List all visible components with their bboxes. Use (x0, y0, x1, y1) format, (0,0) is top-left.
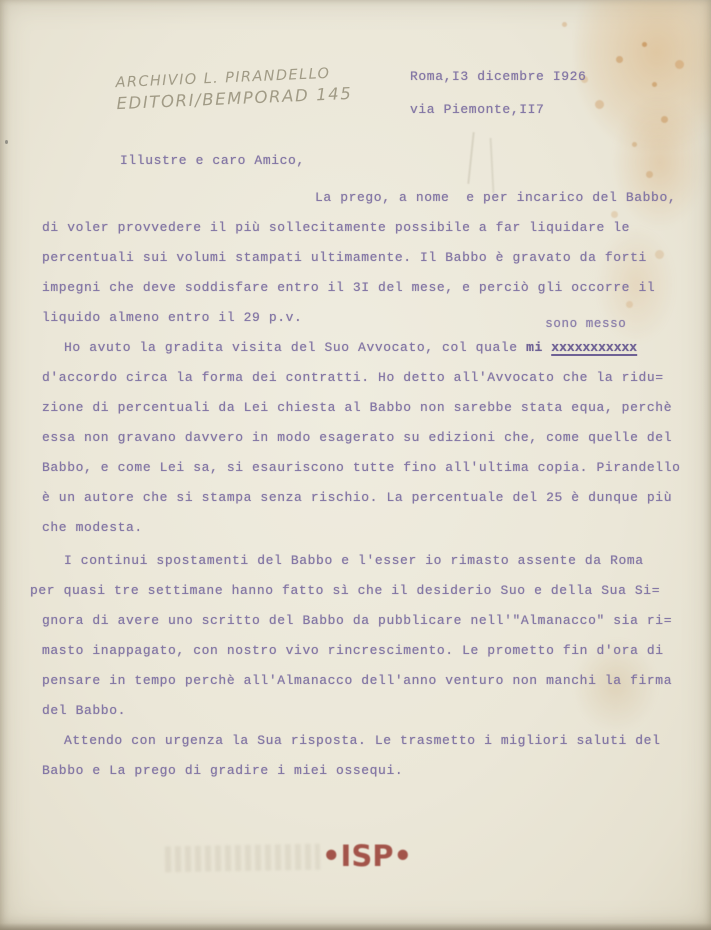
letter-line: I continui spostamenti del Babbo e l'ess… (42, 546, 710, 576)
letter-line: impegni che deve soddisfare entro il 3I … (42, 273, 710, 303)
salutation: Illustre e caro Amico, (42, 146, 710, 176)
letter-text: mi (526, 340, 551, 355)
pencil-annotation: ARCHIVIO L. PIRANDELLO EDITORI/BEMPORAD … (115, 65, 353, 113)
embossed-mark (165, 844, 320, 873)
address-line: via Piemonte,II7 (410, 93, 586, 126)
letter-paragraph: Attendo con urgenza la Sua risposta. Le … (42, 726, 710, 786)
letter-line: percentuali sui volumi stampati ultimame… (42, 243, 710, 273)
strikethrough-text: xxxxxxxxxxx (551, 340, 637, 355)
letter-body: Illustre e caro Amico, La prego, a nome … (42, 146, 710, 786)
letter-line: di voler provvedere il più sollecitament… (42, 213, 710, 243)
letter-line: La prego, a nome e per incarico del Babb… (42, 183, 710, 213)
letter-line: pensare in tempo perchè all'Almanacco de… (42, 666, 710, 696)
letter-line: Babbo, e come Lei sa, si esauriscono tut… (42, 453, 710, 483)
letter-line-with-correction: Ho avuto la gradita visita del Suo Avvoc… (42, 333, 710, 363)
letter-line: è un autore che si stampa senza rischio.… (42, 483, 710, 513)
correction: xxxxxxxxxxxsono messo (551, 333, 637, 363)
letter-line: del Babbo. (42, 696, 710, 726)
letterhead: Roma,I3 dicembre I926 via Piemonte,II7 (410, 60, 586, 126)
page-edge-shadow (0, 923, 711, 930)
interline-insertion: sono messo (545, 317, 626, 331)
letter-line: zione di percentuali da Lei chiesta al B… (42, 393, 710, 423)
foxing-stain (575, 0, 711, 150)
letter-paragraph: La prego, a nome e per incarico del Babb… (42, 183, 710, 333)
date-line: Roma,I3 dicembre I926 (410, 60, 586, 93)
letter-text: Ho avuto la gradita visita del Suo Avvoc… (64, 340, 526, 355)
letter-paragraph: I continui spostamenti del Babbo e l'ess… (42, 546, 710, 726)
letter-line: Babbo e La prego di gradire i miei osseq… (42, 756, 710, 786)
letter-line: per quasi tre settimane hanno fatto sì c… (30, 576, 710, 606)
letter-line: essa non gravano davvero in modo esagera… (42, 423, 710, 453)
letter-line: d'accordo circa la forma dei contratti. … (42, 363, 710, 393)
letter-line: che modesta. (42, 513, 710, 543)
letter-line: masto inappagato, con nostro vivo rincre… (42, 636, 710, 666)
letter-line: gnora di avere uno scritto del Babbo da … (42, 606, 710, 636)
isp-stamp: •ISP• (322, 841, 412, 871)
ink-dot (5, 140, 8, 144)
letter-line: Attendo con urgenza la Sua risposta. Le … (42, 726, 710, 756)
letter-page: ARCHIVIO L. PIRANDELLO EDITORI/BEMPORAD … (0, 0, 711, 930)
letter-paragraph: Ho avuto la gradita visita del Suo Avvoc… (42, 333, 710, 543)
foxing-speckles (642, 42, 647, 47)
